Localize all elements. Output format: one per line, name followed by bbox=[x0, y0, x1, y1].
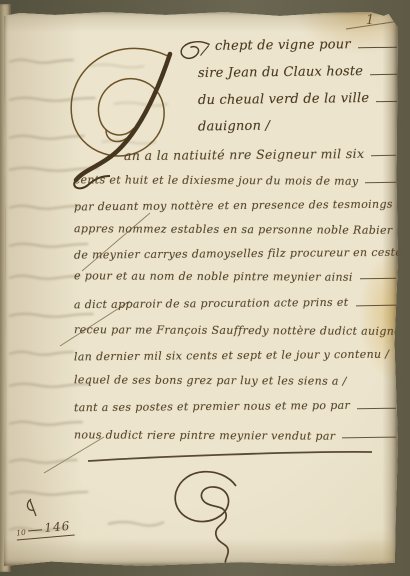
body-line-text: cents et huit et le dixiesme jour du moi… bbox=[74, 173, 359, 187]
header-line-text: du cheual verd de la ville bbox=[198, 91, 369, 108]
line-filler bbox=[376, 101, 397, 102]
manuscript-photo: 1 chept de vigne pour sire Jean du Claux bbox=[0, 0, 410, 576]
line-filler bbox=[360, 278, 396, 280]
body-line-text: a dict apparoir de sa procuration acte p… bbox=[74, 296, 349, 311]
body-line: lan dernier mil six cents et sept et le … bbox=[74, 349, 396, 362]
body-line-text: appres nommez estables en sa personne no… bbox=[74, 222, 393, 237]
body-line-text: lan dernier mil six cents et sept et le … bbox=[74, 348, 389, 364]
header-line: dauignon / bbox=[178, 119, 397, 134]
body-line-text: tant a ses postes et premier nous et me … bbox=[74, 399, 350, 414]
line-filler bbox=[365, 182, 396, 183]
archival-mark: 10 146 bbox=[16, 498, 90, 550]
manuscript-page: 1 chept de vigne pour sire Jean du Claux bbox=[4, 10, 398, 566]
body-line-text: nous dudict riere pintre meynier vendut … bbox=[74, 428, 335, 442]
archival-number: 146 bbox=[44, 518, 71, 534]
header-line: sire Jean du Claux hoste bbox=[178, 65, 397, 80]
body-line: tant a ses postes et premier nous et me … bbox=[74, 400, 396, 413]
body-line: a dict apparoir de sa procuration acte p… bbox=[74, 297, 396, 310]
body-line-text: par deuant moy nottère et en presence de… bbox=[74, 198, 393, 214]
body-line-text: de meynier carryes damoyselles filz proc… bbox=[74, 245, 398, 261]
line-filler bbox=[370, 74, 397, 75]
body-line: receu par me François Sauffredy nottère … bbox=[74, 324, 396, 337]
header-line-text: chept de vigne pour bbox=[215, 37, 351, 54]
body-line: de meynier carryes damoyselles filz proc… bbox=[74, 247, 396, 260]
archival-prefix: 10 bbox=[16, 528, 26, 538]
line-filler bbox=[357, 408, 396, 410]
body-line: appres nommez estables en sa personne no… bbox=[74, 223, 396, 236]
line-filler bbox=[358, 47, 397, 49]
line-filler bbox=[371, 155, 396, 156]
header-line-text: sire Jean du Claux hoste bbox=[198, 64, 363, 81]
body-line-text: e pour et au nom de noble pintre meynier… bbox=[74, 269, 353, 283]
body-line: e pour et au nom de noble pintre meynier… bbox=[74, 270, 396, 283]
body-line-text: lequel de ses bons grez par luy et les s… bbox=[74, 373, 347, 387]
body-line-text: receu par me François Sauffredy nottère … bbox=[74, 323, 398, 338]
body-line: par deuant moy nottère et en presence de… bbox=[74, 199, 396, 212]
line-filler bbox=[342, 437, 396, 439]
header-swash-icon bbox=[178, 40, 212, 62]
archival-glyph-icon bbox=[22, 498, 40, 520]
body-line-text: an a la natiuité nre Seigneur mil six bbox=[124, 146, 364, 163]
body-line: an a la natiuité nre Seigneur mil six bbox=[74, 147, 396, 162]
folio-number: 1 bbox=[360, 13, 380, 28]
body-line: nous dudict riere pintre meynier vendut … bbox=[74, 429, 396, 442]
header-line: du cheual verd de la ville bbox=[178, 92, 397, 107]
header-line: chept de vigne pour bbox=[178, 38, 397, 62]
paraph-flourish-icon bbox=[175, 472, 236, 566]
line-filler bbox=[355, 305, 396, 307]
header-line-text: dauignon / bbox=[198, 119, 270, 135]
body-line: cents et huit et le dixiesme jour du moi… bbox=[74, 174, 396, 187]
body-line: lequel de ses bons grez par luy et les s… bbox=[74, 374, 396, 387]
